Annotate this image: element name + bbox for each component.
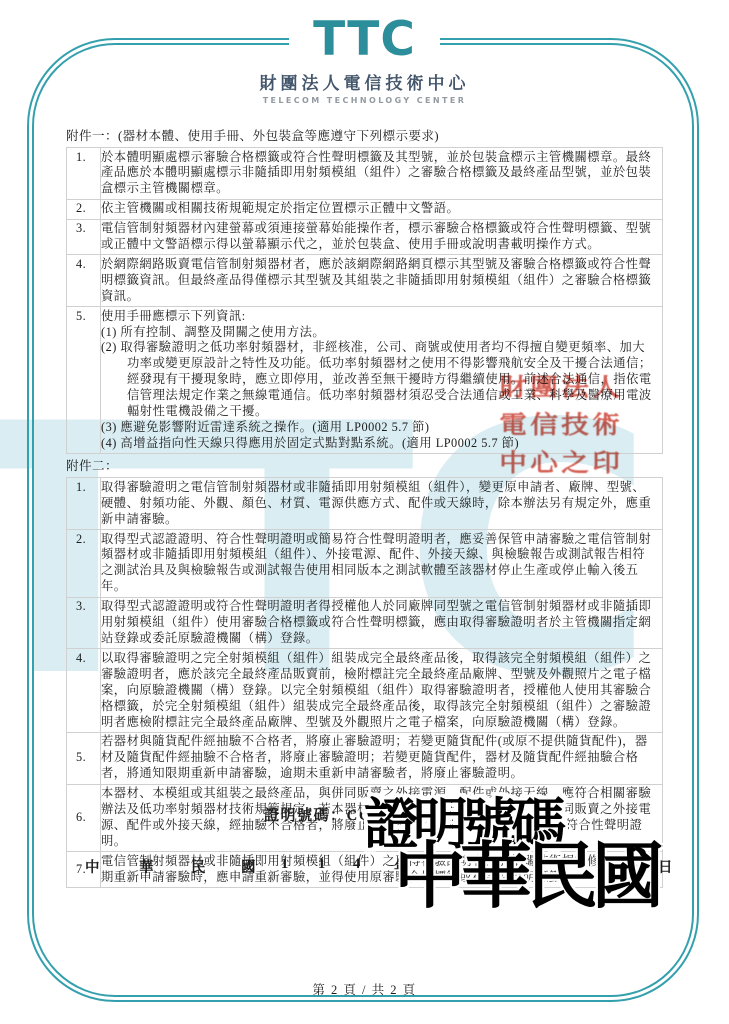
item-number: 3.: [67, 219, 101, 255]
item-number: 4.: [67, 255, 101, 307]
org-name-en: TELECOM TECHNOLOGY CENTER: [0, 96, 729, 105]
date-character: 國: [241, 856, 256, 877]
item-number: 5.: [67, 732, 101, 784]
item-text: 依主管機關或相關技術規範規定於指定位置標示正體中文警語。: [101, 199, 663, 219]
list-item: 3. 電信管制射頻器材內建螢幕或須連接螢幕始能操作者，標示審驗合格標籤或符合性聲…: [67, 219, 663, 255]
item-text: 取得型式認證證明或符合性聲明證明者得授權他人於同廠牌同型號之電信管制射頻器材或非…: [101, 597, 663, 649]
certificate-page: TTC TTC 財團法人電信技術中心 TELECOM TECHNOLOGY CE…: [0, 0, 729, 1024]
list-item: 1. 取得審驗證明之電信管制射頻器材或非隨插即用射頻模組（組件），變更原申請者、…: [67, 478, 663, 530]
list-item: 4. 於網際網路販賣電信管制射頻器材者，應於該網際網路網頁標示其型號及審驗合格標…: [67, 255, 663, 307]
list-item: 2. 取得型式認證證明、符合性聲明證明或簡易符合性聲明證明者，應妥善保管申請審驗…: [67, 530, 663, 598]
list-item: 1. 於本體明顯處標示審驗合格標籤或符合性聲明標籤及其型號，並於包裝盒標示主管機…: [67, 148, 663, 200]
date-character: 4: [353, 856, 360, 873]
list-item: 3. 取得型式認證證明或符合性聲明證明者得授權他人於同廠牌同型號之電信管制射頻器…: [67, 597, 663, 649]
document-body: 附件一：(器材本體、使用手冊、外包裝盒等應遵守下列標示要求) 1. 於本體明顯處…: [66, 128, 662, 892]
seal-character: 中: [499, 451, 527, 475]
org-name-zh: 財團法人電信技術中心: [0, 69, 729, 94]
sub-item-text: (1) 所有控制、調整及開關之使用方法。: [101, 325, 657, 341]
seal-character: 技: [561, 414, 589, 438]
list-item: 2. 依主管機關或相關技術規範規定於指定位置標示正體中文警語。: [67, 199, 663, 219]
item-text: 於本體明顯處標示審驗合格標籤或符合性聲明標籤及其型號，並於包裝盒標示主管機關標章…: [101, 148, 663, 200]
date-character: 民: [191, 856, 206, 877]
date-character: 中: [85, 856, 100, 877]
item-number: 2.: [67, 199, 101, 219]
item-text: 電信管制射頻器材內建螢幕或須連接螢幕始能操作者，標示審驗合格標籤或符合性聲明標籤…: [101, 219, 663, 255]
item-text: 取得審驗證明之電信管制射頻器材或非隨插即用射頻模組（組件），變更原申請者、廠牌、…: [101, 478, 663, 530]
seal-character: 信: [530, 414, 558, 438]
date-character: 1: [318, 856, 325, 873]
page-number: 第 2 頁 / 共 2 頁: [0, 980, 729, 998]
date-character: 日: [658, 856, 673, 877]
seal-character: 術: [592, 414, 620, 438]
redaction-overlay-date: 中華民國: [394, 840, 658, 912]
item-number: 4.: [67, 649, 101, 733]
item-number: 2.: [67, 530, 101, 598]
official-red-seal: 財團法人電信技術中心之印: [497, 370, 621, 482]
item-text: 取得型式認證證明、符合性聲明證明或簡易符合性聲明證明者，應妥善保管申請審驗之電信…: [101, 530, 663, 598]
item-number: 3.: [67, 597, 101, 649]
seal-character: 人: [592, 376, 620, 400]
seal-character: 團: [530, 376, 558, 400]
header: TTC 財團法人電信技術中心 TELECOM TECHNOLOGY CENTER: [0, 12, 729, 105]
attachment1-title: 附件一：(器材本體、使用手冊、外包裝盒等應遵守下列標示要求): [66, 128, 662, 145]
seal-character: 法: [561, 376, 589, 400]
seal-character: 心: [530, 451, 558, 475]
item-number: 5.: [67, 307, 101, 454]
seal-character: 印: [592, 451, 620, 475]
item-text: 以取得審驗證明之完全射頻模組（組件）組裝成完全最終產品後，取得該完全射頻模組（組…: [101, 649, 663, 733]
list-item: 5. 若器材與隨貨配件經抽驗不合格者，將廢止審驗證明；若變更隨貨配件(或原不提供…: [67, 732, 663, 784]
item-number: 6.: [67, 784, 101, 852]
item-number: 1.: [67, 148, 101, 200]
date-character: 1: [281, 856, 288, 873]
item-number: 1.: [67, 478, 101, 530]
seal-character: 電: [499, 414, 527, 438]
list-item: 4. 以取得審驗證明之完全射頻模組（組件）組裝成完全最終產品後，取得該完全射頻模…: [67, 649, 663, 733]
ttc-logo: TTC: [289, 12, 440, 68]
date-character: 華: [139, 856, 154, 877]
seal-character: 財: [499, 376, 527, 400]
item-text: 於網際網路販賣電信管制射頻器材者，應於該網際網路網頁標示其型號及審驗合格標籤或符…: [101, 255, 663, 307]
seal-character: 之: [561, 451, 589, 475]
item-text: 若器材與隨貨配件經抽驗不合格者，將廢止審驗證明；若變更隨貨配件(或原不提供隨貨配…: [101, 732, 663, 784]
